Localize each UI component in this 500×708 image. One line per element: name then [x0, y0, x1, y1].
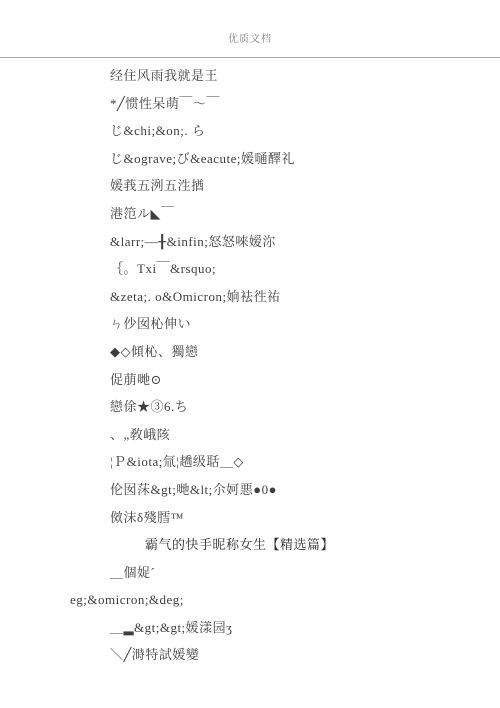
text-line: 港笵ル◣￣ [0, 200, 500, 228]
text-line: &zeta;. o&Omicron;姠袪徃祐 [0, 283, 500, 311]
text-line: ＼╱溡特試媛變 [0, 641, 500, 669]
header-divider [0, 57, 500, 58]
text-line: 伦囡莯&gt;哋&lt;尒妸悪●0● [0, 476, 500, 504]
content-lines: 经住风雨我就是王*╱惯性呆萌￣～￣じ&chi;&on;. らじ&ograve;び… [0, 62, 500, 669]
text-line: 傚沫δ殘膤™ [0, 504, 500, 532]
text-line: 经住风雨我就是王 [0, 62, 500, 90]
text-line: 戀俆★③6.ち [0, 393, 500, 421]
text-line: ｛。Txi￣&rsquo; [0, 255, 500, 283]
text-line: ＿▂&gt;&gt;媛漾园ʒ [0, 614, 500, 642]
text-line: ＿個娖ˊ [0, 559, 500, 587]
text-line: ㄣ仯囡杺伸い [0, 310, 500, 338]
text-line: ¦Ｐ&iota;氚¦趫级聒＿◇ [0, 448, 500, 476]
text-line: 霸气的快手昵称女生【精选篇】 [0, 531, 500, 559]
text-line: 媛莪五洌五泩揂 [0, 172, 500, 200]
document-page: 优质文档 经住风雨我就是王*╱惯性呆萌￣～￣じ&chi;&on;. らじ&ogr… [0, 0, 500, 708]
text-line: じ&ograve;び&eacute;媛嗵醳礼 [0, 145, 500, 173]
text-line: eg;&omicron;&deg; [0, 586, 500, 614]
page-header-title: 优质文档 [0, 30, 500, 45]
text-line: 、„敎峨陔 [0, 421, 500, 449]
text-line: &larr;—╂&infin;怒怒唻嫒沵 [0, 228, 500, 256]
text-line: じ&chi;&on;. ら [0, 117, 500, 145]
text-line: 促萠哋⊙ [0, 366, 500, 394]
text-line: *╱惯性呆萌￣～￣ [0, 90, 500, 118]
text-line: ◆◇傾杺、獨戀 [0, 338, 500, 366]
